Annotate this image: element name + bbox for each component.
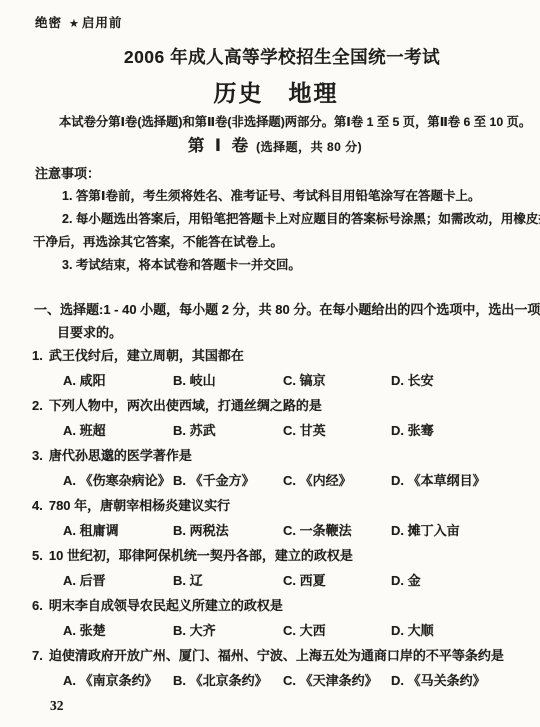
question-options: A. 张楚 B. 大齐 C. 大西 D. 大顺: [63, 618, 540, 643]
question-stem-row: 7.迫使清政府开放广州、厦门、福州、宁波、上海五处为通商口岸的不平等条约是: [32, 643, 540, 668]
question-6: 6.明末李自成领导农民起义所建立的政权是 A. 张楚 B. 大齐 C. 大西 D…: [0, 593, 540, 643]
option-c: C. 甘英: [283, 418, 391, 443]
question-number: 4.: [32, 493, 43, 518]
question-stem-row: 1.武王伐纣后，建立周朝，其国都在: [32, 343, 540, 368]
question-stem: 武王伐纣后，建立周朝，其国都在: [49, 348, 244, 363]
option-b: B. 岐山: [173, 368, 283, 393]
exam-paper-page: 绝密★启用前 2006 年成人高等学校招生全国统一考试 历史 地理 本试卷分第Ⅰ…: [0, 0, 540, 727]
page-number: 32: [50, 698, 64, 714]
notice-item-2: 2. 每小题选出答案后，用铅笔把答题卡上对应题目的答案标号涂黑；如需改动，用橡皮…: [62, 209, 540, 227]
part-heading: 第 Ⅰ 卷(选择题，共 80 分): [0, 132, 540, 156]
option-a: A. 后晋: [63, 568, 173, 593]
option-d: D. 金: [391, 568, 421, 593]
star-icon: ★: [69, 18, 80, 30]
notice-item-2-continued: 干净后，再选涂其它答案，不能答在试卷上。: [33, 232, 283, 250]
question-list: 1.武王伐纣后，建立周朝，其国都在 A. 咸阳 B. 岐山 C. 镐京 D. 长…: [0, 343, 540, 693]
security-suffix: 启用前: [82, 16, 123, 30]
paper-structure-note: 本试卷分第Ⅰ卷(选择题)和第Ⅱ卷(非选择题)两部分。第Ⅰ卷 1 至 5 页，第Ⅱ…: [59, 112, 531, 130]
question-number: 6.: [32, 593, 43, 618]
question-options: A. 后晋 B. 辽 C. 西夏 D. 金: [63, 568, 540, 593]
option-a: A. 《伤寒杂病论》: [63, 468, 173, 493]
subject-title: 历史 地理: [0, 75, 540, 108]
question-stem-row: 6.明末李自成领导农民起义所建立的政权是: [32, 593, 540, 618]
option-a: A. 租庸调: [63, 518, 173, 543]
option-b: B. 苏武: [173, 418, 283, 443]
notice-item-3: 3. 考试结束，将本试卷和答题卡一并交回。: [62, 255, 301, 273]
option-b: B. 《北京条约》: [173, 668, 283, 693]
option-c: C. 《天津条约》: [283, 668, 391, 693]
question-number: 7.: [32, 643, 43, 668]
question-options: A. 《伤寒杂病论》 B. 《千金方》 C. 《内经》 D. 《本草纲目》: [63, 468, 540, 493]
security-prefix: 绝密: [35, 16, 62, 30]
option-a: A. 《南京条约》: [63, 668, 173, 693]
option-d: D. 《本草纲目》: [391, 468, 486, 493]
option-d: D. 摊丁入亩: [391, 518, 460, 543]
part-heading-sub: (选择题，共 80 分): [256, 140, 362, 154]
option-b: B. 两税法: [173, 518, 283, 543]
question-number: 2.: [32, 393, 43, 418]
option-c: C. 西夏: [283, 568, 391, 593]
option-b: B. 大齐: [173, 618, 283, 643]
question-options: A. 班超 B. 苏武 C. 甘英 D. 张骞: [63, 418, 540, 443]
option-c: C. 一条鞭法: [283, 518, 391, 543]
question-stem: 迫使清政府开放广州、厦门、福州、宁波、上海五处为通商口岸的不平等条约是: [49, 648, 504, 663]
question-2: 2.下列人物中，两次出使西域，打通丝绸之路的是 A. 班超 B. 苏武 C. 甘…: [0, 393, 540, 443]
option-c: C. 《内经》: [283, 468, 391, 493]
notice-item-1: 1. 答第Ⅰ卷前，考生须将姓名、准考证号、考试科目用铅笔涂写在答题卡上。: [62, 186, 481, 204]
option-d: D. 长安: [391, 368, 434, 393]
option-d: D. 张骞: [391, 418, 434, 443]
option-d: D. 大顺: [391, 618, 434, 643]
section-instruction-line-2: 目要求的。: [57, 322, 122, 341]
question-stem: 780 年，唐朝宰相杨炎建议实行: [49, 498, 230, 513]
option-c: C. 镐京: [283, 368, 391, 393]
question-4: 4.780 年，唐朝宰相杨炎建议实行 A. 租庸调 B. 两税法 C. 一条鞭法…: [0, 493, 540, 543]
security-label: 绝密★启用前: [35, 13, 122, 31]
question-options: A. 《南京条约》 B. 《北京条约》 C. 《天津条约》 D. 《马关条约》: [63, 668, 540, 693]
part-heading-main: 第 Ⅰ 卷: [188, 137, 251, 155]
question-3: 3.唐代孙思邈的医学著作是 A. 《伤寒杂病论》 B. 《千金方》 C. 《内经…: [0, 443, 540, 493]
option-b: B. 《千金方》: [173, 468, 283, 493]
option-a: A. 张楚: [63, 618, 173, 643]
exam-title: 2006 年成人高等学校招生全国统一考试: [0, 44, 540, 69]
option-d: D. 《马关条约》: [391, 668, 486, 693]
question-stem-row: 3.唐代孙思邈的医学著作是: [32, 443, 540, 468]
option-c: C. 大西: [283, 618, 391, 643]
option-a: A. 咸阳: [63, 368, 173, 393]
question-number: 3.: [32, 443, 43, 468]
question-stem-row: 4.780 年，唐朝宰相杨炎建议实行: [32, 493, 540, 518]
notice-heading: 注意事项：: [35, 163, 100, 182]
question-stem: 唐代孙思邈的医学著作是: [49, 448, 192, 463]
question-stem-row: 5.10 世纪初，耶律阿保机统一契丹各部，建立的政权是: [32, 543, 540, 568]
question-options: A. 咸阳 B. 岐山 C. 镐京 D. 长安: [63, 368, 540, 393]
question-5: 5.10 世纪初，耶律阿保机统一契丹各部，建立的政权是 A. 后晋 B. 辽 C…: [0, 543, 540, 593]
question-7: 7.迫使清政府开放广州、厦门、福州、宁波、上海五处为通商口岸的不平等条约是 A.…: [0, 643, 540, 693]
question-stem-row: 2.下列人物中，两次出使西域，打通丝绸之路的是: [32, 393, 540, 418]
section-instruction-line-1: 一、选择题:1 - 40 小题，每小题 2 分，共 80 分。在每小题给出的四个…: [34, 299, 540, 318]
option-b: B. 辽: [173, 568, 283, 593]
question-stem: 10 世纪初，耶律阿保机统一契丹各部，建立的政权是: [49, 548, 353, 563]
question-number: 5.: [32, 543, 43, 568]
question-stem: 明末李自成领导农民起义所建立的政权是: [49, 598, 283, 613]
question-number: 1.: [32, 343, 43, 368]
question-1: 1.武王伐纣后，建立周朝，其国都在 A. 咸阳 B. 岐山 C. 镐京 D. 长…: [0, 343, 540, 393]
question-options: A. 租庸调 B. 两税法 C. 一条鞭法 D. 摊丁入亩: [63, 518, 540, 543]
option-a: A. 班超: [63, 418, 173, 443]
question-stem: 下列人物中，两次出使西域，打通丝绸之路的是: [49, 398, 322, 413]
